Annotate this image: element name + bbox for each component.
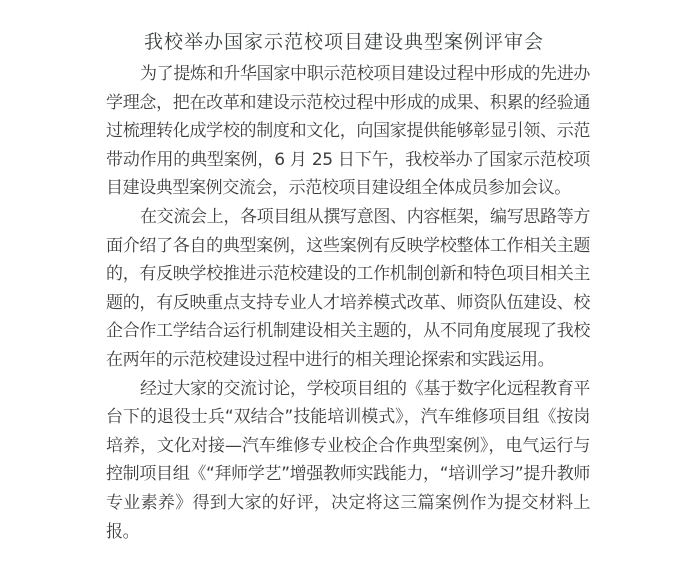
paragraph-2: 在交流会上，各项目组从撰写意图、内容框架，编写思路等方面介绍了各自的典型案例，这… [106,203,590,375]
article-title: 我校举办国家示范校项目建设典型案例评审会 [0,29,688,55]
article-body: 为了提炼和升华国家中职示范校项目建设过程中形成的先进办学理念，把在改革和建设示范… [106,60,590,546]
paragraph-1: 为了提炼和升华国家中职示范校项目建设过程中形成的先进办学理念，把在改革和建设示范… [106,60,590,203]
paragraph-3: 经过大家的交流讨论，学校项目组的《基于数字化远程教育平台下的退役士兵“双结合”技… [106,375,590,547]
